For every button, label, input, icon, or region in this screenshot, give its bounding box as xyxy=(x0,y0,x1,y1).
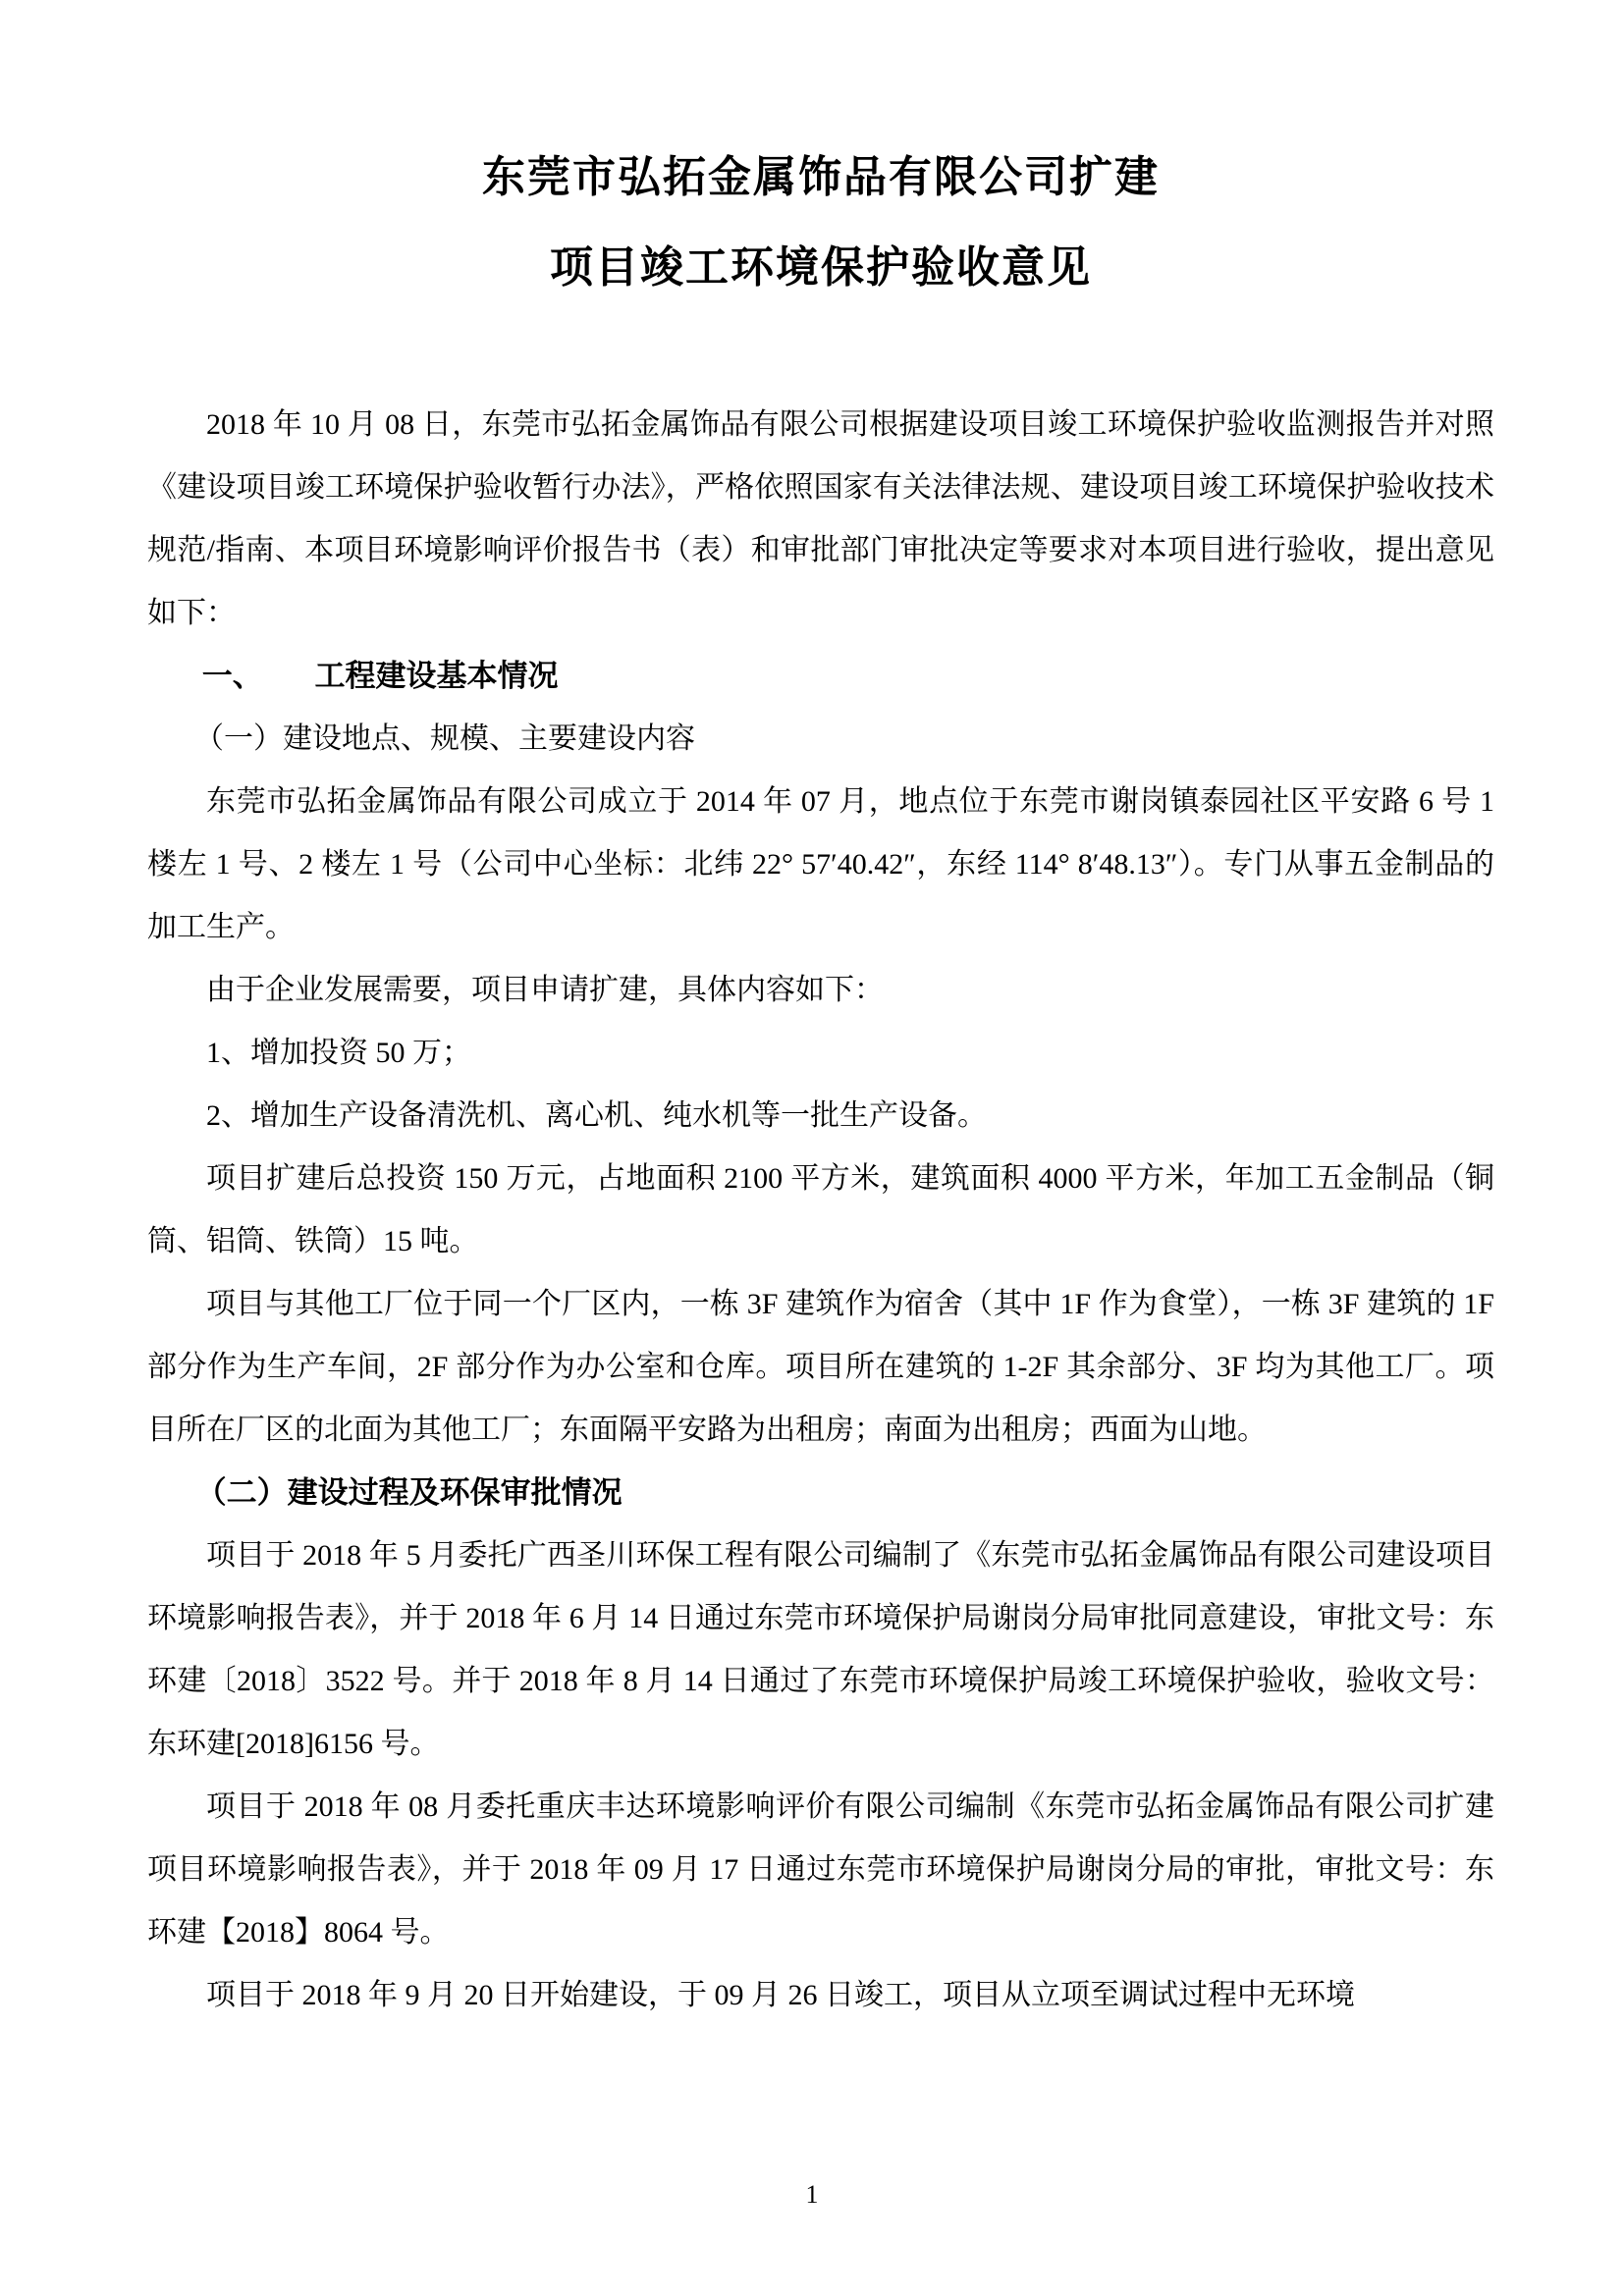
document-page: 东莞市弘拓金属饰品有限公司扩建 项目竣工环境保护验收意见 2018 年 10 月… xyxy=(0,0,1624,2296)
section-heading-1: 一、工程建设基本情况 xyxy=(147,645,1494,708)
document-title: 东莞市弘拓金属饰品有限公司扩建 项目竣工环境保护验收意见 xyxy=(147,133,1494,313)
document-title-line2: 项目竣工环境保护验收意见 xyxy=(147,223,1494,313)
document-body: 2018 年 10 月 08 日，东莞市弘拓金属饰品有限公司根据建设项目竣工环境… xyxy=(147,394,1494,2027)
paragraph-site-description: 项目与其他工厂位于同一个厂区内，一栋 3F 建筑作为宿舍（其中 1F 作为食堂）… xyxy=(147,1273,1494,1462)
paragraph-company-location: 东莞市弘拓金属饰品有限公司成立于 2014 年 07 月，地点位于东莞市谢岗镇泰… xyxy=(147,771,1494,959)
paragraph-construction-dates: 项目于 2018 年 9 月 20 日开始建设，于 09 月 26 日竣工，项目… xyxy=(147,1964,1494,2027)
paragraph-approval-2018-05: 项目于 2018 年 5 月委托广西圣川环保工程有限公司编制了《东莞市弘拓金属饰… xyxy=(147,1524,1494,1776)
section-heading-1-number: 一、 xyxy=(202,659,263,693)
document-content: 东莞市弘拓金属饰品有限公司扩建 项目竣工环境保护验收意见 2018 年 10 月… xyxy=(147,133,1494,2027)
subsection-heading-2: （二）建设过程及环保审批情况 xyxy=(147,1462,1494,1524)
paragraph-intro: 2018 年 10 月 08 日，东莞市弘拓金属饰品有限公司根据建设项目竣工环境… xyxy=(147,394,1494,645)
subsection-heading-1: （一）建设地点、规模、主要建设内容 xyxy=(147,708,1494,771)
document-title-line1: 东莞市弘拓金属饰品有限公司扩建 xyxy=(147,133,1494,223)
paragraph-expansion-intro: 由于企业发展需要，项目申请扩建，具体内容如下： xyxy=(147,959,1494,1022)
page-number: 1 xyxy=(0,2180,1624,2210)
paragraph-total-investment: 项目扩建后总投资 150 万元，占地面积 2100 平方米，建筑面积 4000 … xyxy=(147,1148,1494,1273)
list-item-investment: 1、增加投资 50 万； xyxy=(147,1022,1494,1085)
paragraph-approval-2018-08: 项目于 2018 年 08 月委托重庆丰达环境影响评价有限公司编制《东莞市弘拓金… xyxy=(147,1776,1494,1964)
list-item-equipment: 2、增加生产设备清洗机、离心机、纯水机等一批生产设备。 xyxy=(147,1085,1494,1148)
section-heading-1-label: 工程建设基本情况 xyxy=(314,659,558,693)
